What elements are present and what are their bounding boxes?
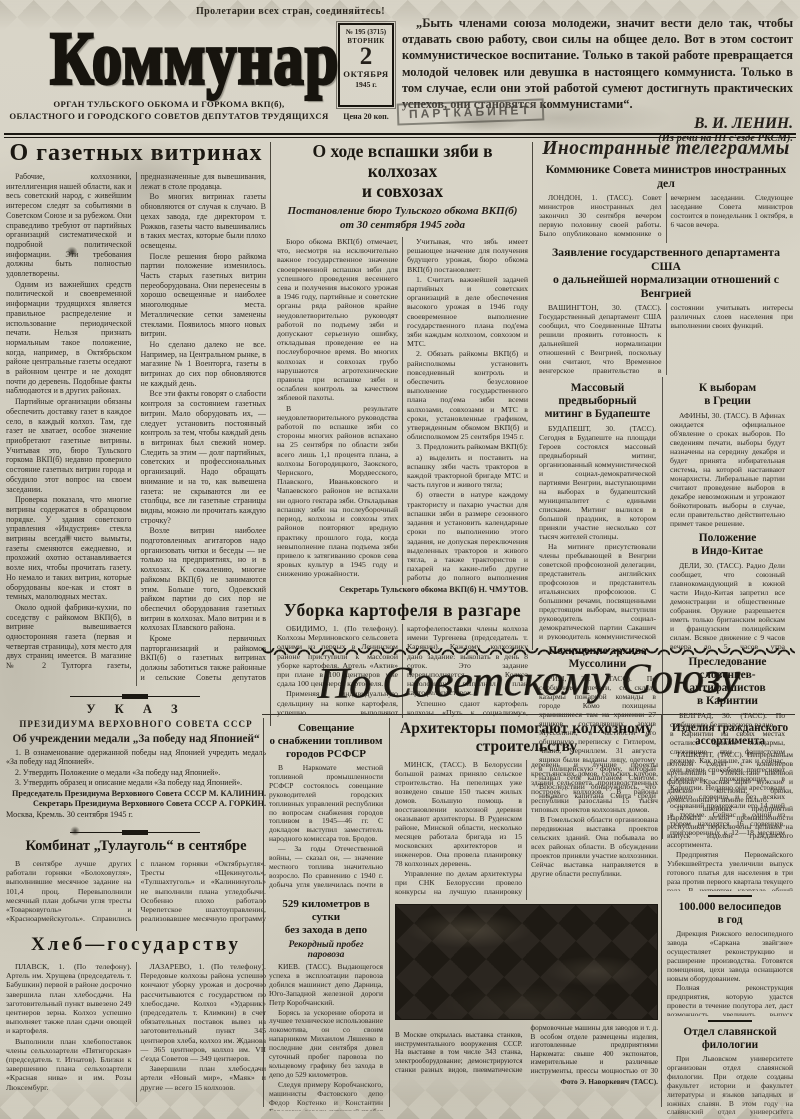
mini-rule (708, 895, 752, 897)
section-title: Иностранные телеграммы (539, 138, 793, 160)
section-banner-po-sovetskomu-soyuzu: По Советскому Союзу (262, 651, 796, 709)
toplivo-title: Совещание о снабжении топливом городов Р… (269, 722, 383, 761)
column-rule (661, 714, 662, 1107)
article-body: В сентябре лучше других работали горняки… (6, 859, 266, 931)
separator-bar (70, 830, 200, 836)
lenin-quote-block: „Быть членами союза молодежи, значит вес… (402, 15, 793, 144)
column-rule (389, 718, 390, 1107)
issue-number: № 195 (3715) (340, 28, 392, 36)
issue-year: 1945 г. (340, 80, 392, 89)
filologiya-body: При Львовском университете организован о… (667, 1055, 793, 1117)
ukaz-kicker: У К А З (6, 702, 266, 717)
ukaz-items: 1. В ознаменование одержанной победы над… (6, 748, 266, 788)
communique-body: ЛОНДОН, 1. (ТАСС). Совет министров иност… (539, 193, 793, 243)
article-body: Бюро обкома ВКП(б) отмечает, что, несмот… (277, 237, 528, 585)
organ-line-2: ОБЛАСТНОГО И ГОРОДСКОГО СОВЕТОВ ДЕПУТАТО… (2, 111, 336, 123)
article-body: Рабочие, колхозники, интеллигенция нашей… (6, 172, 266, 686)
column-rule (270, 142, 271, 726)
masthead-title: Коммунар (50, 16, 339, 102)
column-rule (263, 718, 264, 1107)
velosipedy-body: Дирекция Рижского велосипедного завода «… (667, 930, 793, 1016)
izdeliya-body: ТАШКЕНТ, (ТАСС). Непрерывным потоком схо… (667, 751, 793, 891)
parovoz-title: 529 километров в сутки без захода в депо (269, 898, 383, 937)
usa-statement-body: ВАШИНГТОН, 30. (ТАСС). Государственный д… (539, 303, 793, 375)
issue-price: Цена 20 коп. (334, 112, 398, 121)
indochina-title: Положение в Индо-Китае (670, 532, 785, 558)
masthead-organ-line: ОРГАН ТУЛЬСКОГО ОБКОМА И ГОРКОМА ВКП(б),… (2, 99, 336, 122)
banner-underline (262, 714, 795, 715)
article-hleb-gosudarstvu: Хлеб—государству ПЛАВСК, 1. (По телефону… (6, 934, 266, 1102)
issue-date-box: № 195 (3715) ВТОРНИК 2 ОКТЯБРЯ 1945 г. (338, 23, 394, 107)
usa-statement-title: Заявление государственного департамента … (539, 246, 793, 300)
article-title: Хлеб—государству (6, 934, 266, 956)
article-body: МИНСК, (ТАСС). В Белоруссии большой разм… (395, 760, 658, 900)
exhibition-photo (395, 904, 658, 1020)
article-title: Комбинат „Тулауголь“ в сентябре (6, 838, 266, 855)
indochina-body: ДЕЛИ, 30. (ТАСС). Радио Дели сообщает, ч… (670, 561, 785, 651)
budapest-title: Массовый предвыборный митинг в Будапеште (539, 382, 656, 421)
article-signature: Секретарь Тульского обкома ВКП(б) Н. ЧМУ… (277, 585, 528, 594)
filologiya-title: Отдел славянской филологии (667, 1026, 793, 1052)
article-arhitektory: Архитекторы помогают колхозному строител… (395, 720, 658, 1086)
photo-caption: В Москве открылась выставка станков, инс… (395, 1024, 658, 1076)
separator-bar (70, 694, 200, 700)
communique-title: Коммюнике Совета министров иностранных д… (539, 163, 793, 190)
column-rule (532, 142, 533, 650)
mini-rule (708, 1020, 752, 1022)
article-title: О газетных витринах (6, 140, 266, 167)
article-gazetnye-vitriny: О газетных витринах Рабочие, колхозники,… (6, 140, 266, 686)
issue-month: ОКТЯБРЯ (340, 69, 392, 79)
article-body: ПЛАВСК, 1. (По телефону). Артель им. Хру… (6, 962, 266, 1102)
toplivo-body: В Наркомате местной топливной промышленн… (269, 764, 383, 890)
article-vspashka-zyabi: О ходе вспашки зяби в колхозах и совхоза… (277, 141, 528, 718)
article-tulaugol: Комбинат „Тулауголь“ в сентябре В сентяб… (6, 838, 266, 931)
parovoz-subtitle: Рекордный пробег паровоза (269, 940, 383, 960)
article-title: О ходе вспашки зяби в колхозах и совхоза… (277, 141, 528, 201)
parovoz-body: КИЕВ. (ТАСС). Выдающегося успеха в экспл… (269, 963, 383, 1111)
velosipedy-title: 100.000 велосипедов в год (667, 901, 793, 927)
column-toplivo-parovoz: Совещание о снабжении топливом городов Р… (269, 722, 383, 1111)
article-title: Архитекторы помогают колхозному строител… (395, 720, 658, 756)
article-ukaz-medal: У К А З ПРЕЗИДИУМА ВЕРХОВНОГО СОВЕТА ССС… (6, 702, 266, 819)
photo-credit: Фото Э. Наворкевич (ТАСС). (395, 1077, 658, 1086)
ukaz-org: ПРЕЗИДИУМА ВЕРХОВНОГО СОВЕТА СССР (6, 719, 266, 729)
article-subtitle: Постановление бюро Тульского обкома ВКП(… (277, 205, 528, 232)
quote-text: „Быть членами союза молодежи, значит вес… (402, 15, 793, 112)
ukaz-dateline: Москва, Кремль. 30 сентября 1945 г. (6, 810, 266, 819)
issue-day: 2 (340, 45, 392, 69)
article-kartofel-title: Уборка картофеля в разгаре (277, 600, 528, 620)
budapest-body: БУДАПЕШТ, 30. (ТАСС). Сегодня в Будапешт… (539, 424, 656, 640)
ukaz-signature-2: Секретарь Президиума Верховного Совета С… (6, 799, 266, 808)
organ-line-1: ОРГАН ТУЛЬСКОГО ОБКОМА И ГОРКОМА ВКП(б), (2, 99, 336, 111)
greece-title: К выборам в Греции (670, 382, 785, 408)
greece-body: АФИНЫ, 30. (ТАСС). В Афинах ожидается оф… (670, 411, 785, 527)
newspaper-page: Пролетарии всех стран, соединяйтесь! Ком… (0, 0, 800, 1119)
izdeliya-title: Изделия гражданского ассортимента (667, 722, 793, 748)
ukaz-signature-1: Председатель Президиума Верховного Совет… (6, 789, 266, 798)
column-bottom-right: Изделия гражданского ассортимента ТАШКЕН… (667, 722, 793, 1117)
ukaz-title: Об учреждении медали „За победу над Япон… (6, 733, 266, 745)
